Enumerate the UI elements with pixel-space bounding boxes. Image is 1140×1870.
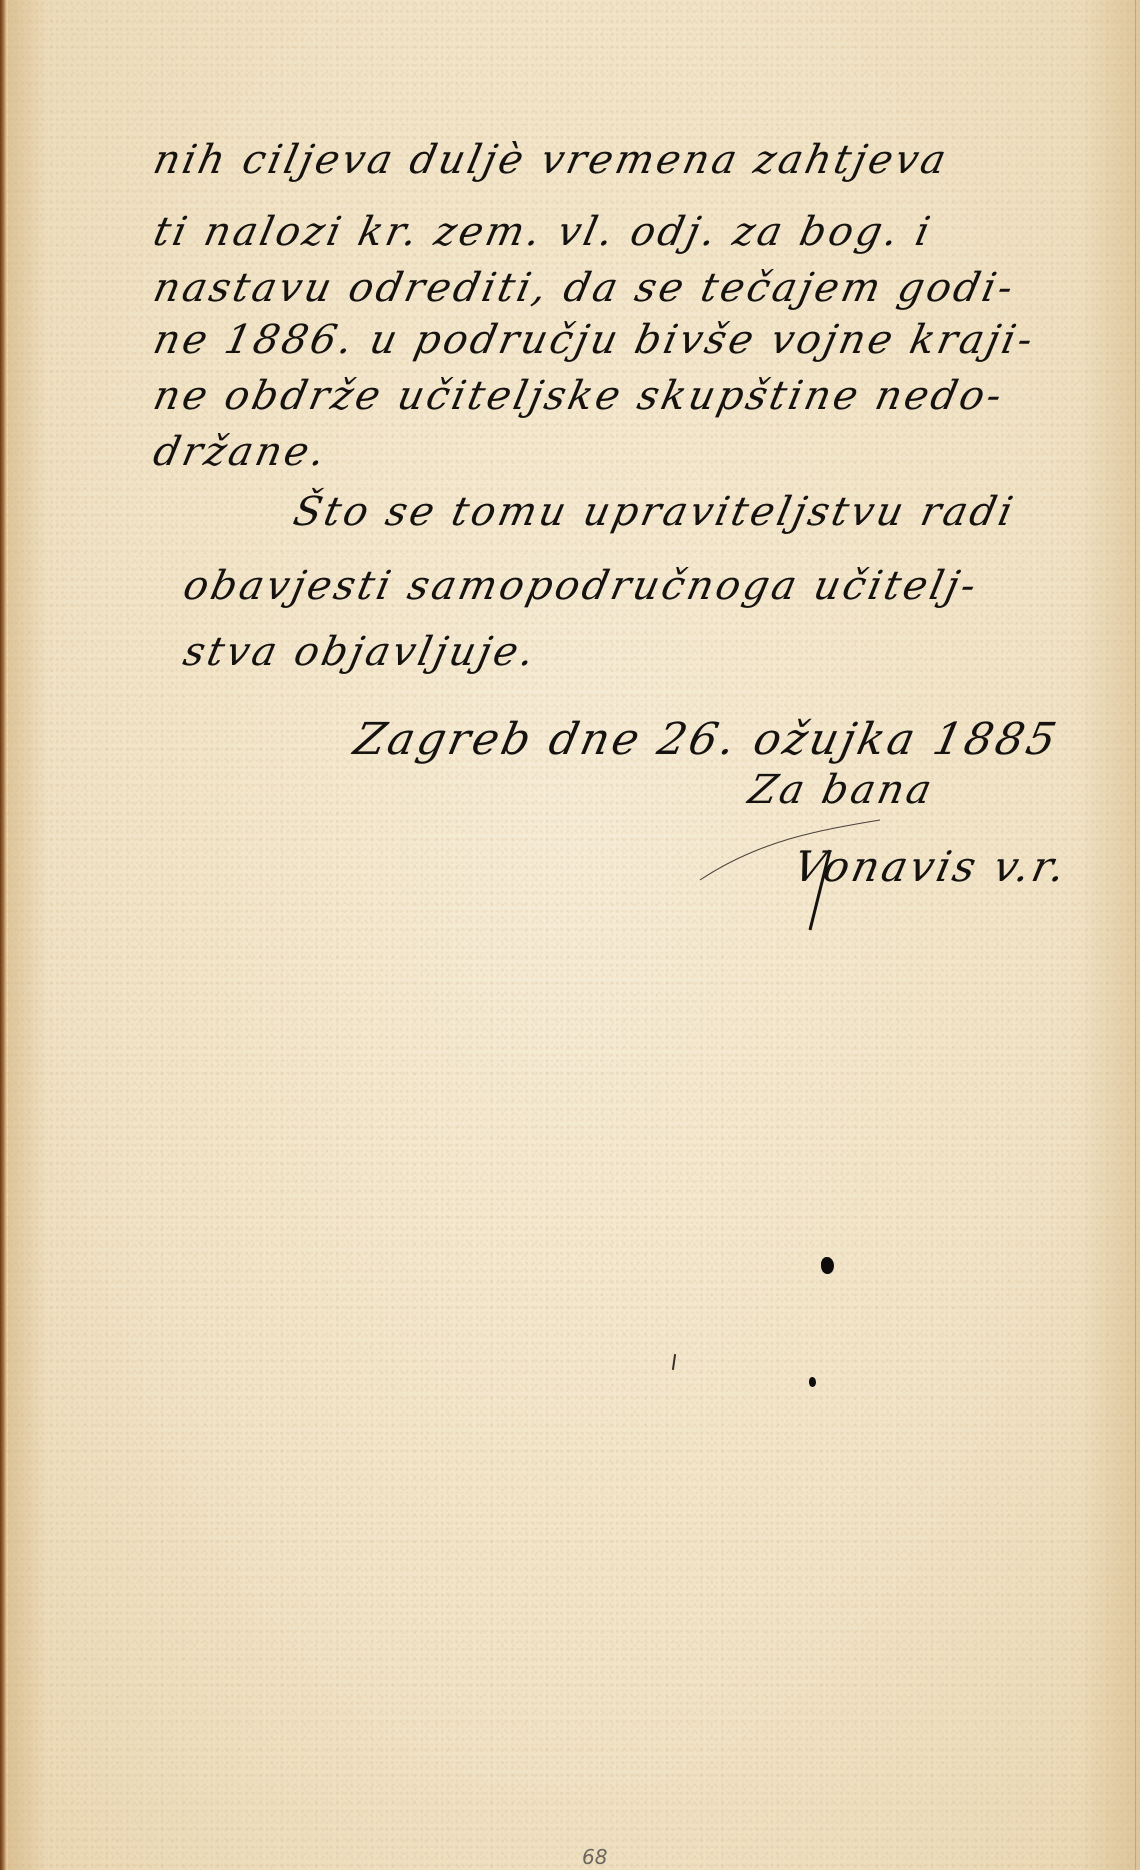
stray-ink-mark	[672, 1354, 676, 1370]
place-date-line: Zagreb dne 26. ožujka 1885	[350, 718, 1063, 762]
ink-blot-small	[809, 1377, 816, 1387]
page-right-edge	[1135, 0, 1136, 1870]
signature: Vonavis v.r.	[790, 846, 1072, 888]
handwritten-line-7: Što se tomu upraviteljstvu radi	[290, 492, 1019, 532]
page-binding-edge	[0, 0, 8, 1870]
handwritten-line-8: obavjesti samopodručnoga učitelj-	[180, 566, 982, 606]
handwritten-line-3: nastavu odrediti, da se tečajem godi-	[150, 268, 1019, 308]
handwritten-line-6: držane.	[150, 432, 331, 472]
for-ban-line: Za bana	[745, 770, 938, 810]
handwritten-line-1: nih ciljeva duljè vremena zahtjeva	[150, 140, 952, 180]
right-edge-shadow	[1080, 0, 1140, 1870]
document-page: nih ciljeva duljè vremena zahtjeva ti na…	[0, 0, 1140, 1870]
handwritten-line-4: ne 1886. u području bivše vojne kraji-	[150, 320, 1039, 360]
handwritten-line-2: ti nalozi kr. zem. vl. odj. za bog. i	[150, 212, 936, 252]
binding-shadow	[8, 0, 48, 1870]
ink-blot-large	[821, 1257, 834, 1274]
handwritten-line-9: stva objavljuje.	[180, 632, 541, 672]
page-number: 68	[582, 1845, 607, 1869]
handwritten-line-5: ne obdrže učiteljske skupštine nedo-	[150, 376, 1008, 416]
